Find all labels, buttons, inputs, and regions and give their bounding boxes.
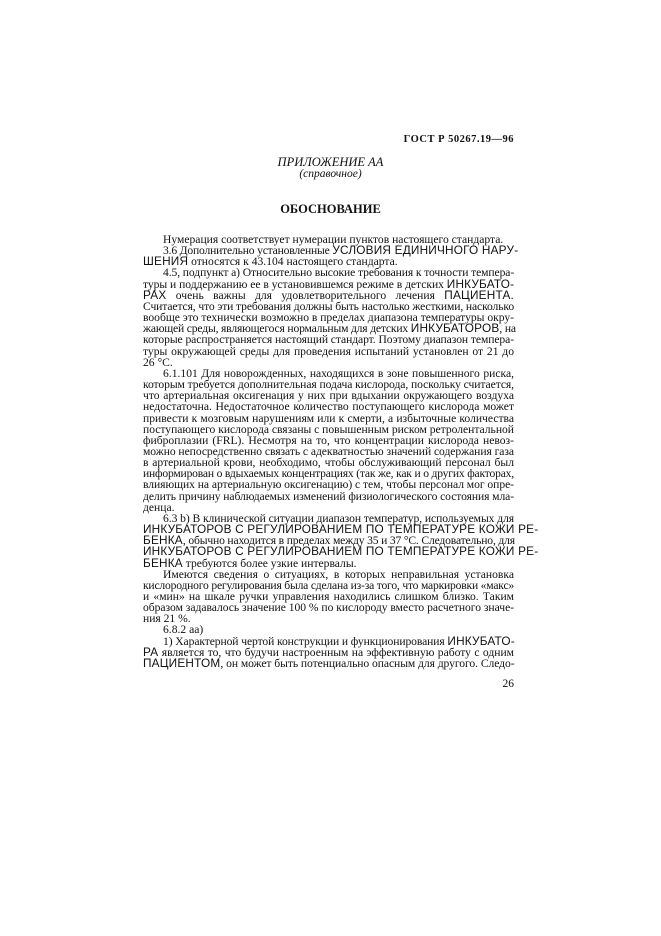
body-text: Нумерация соответствует нумерации пункто… <box>143 234 514 669</box>
body-line: делить причину наблюдаемых изменений физ… <box>143 491 514 502</box>
body-text-span: делить причину наблюдаемых изменений физ… <box>143 490 514 503</box>
body-text-span: туры окружающей среды для проведения исп… <box>143 345 514 358</box>
section-title: ОБОСНОВАНИЕ <box>200 202 461 217</box>
defined-term: ПАЦИЕНТОМ <box>143 656 220 670</box>
body-line: образом задавалось значение 100 % по кис… <box>143 602 514 613</box>
appendix-title: ПРИЛОЖЕНИЕ АА <box>200 156 461 168</box>
standard-id-header: ГОСТ Р 50267.19—96 <box>380 134 514 145</box>
document-page: ГОСТ Р 50267.19—96 ПРИЛОЖЕНИЕ АА (справо… <box>0 0 661 936</box>
body-line: ПАЦИЕНТОМ, он может быть потенциально оп… <box>143 658 514 669</box>
body-line: туры окружающей среды для проведения исп… <box>143 346 514 357</box>
appendix-subtitle: (справочное) <box>200 168 461 180</box>
body-text-span: , он может быть потенциально опасным для… <box>220 657 514 670</box>
body-text-span: образом задавалось значение 100 % по кис… <box>143 601 514 614</box>
page-number: 26 <box>480 678 514 690</box>
